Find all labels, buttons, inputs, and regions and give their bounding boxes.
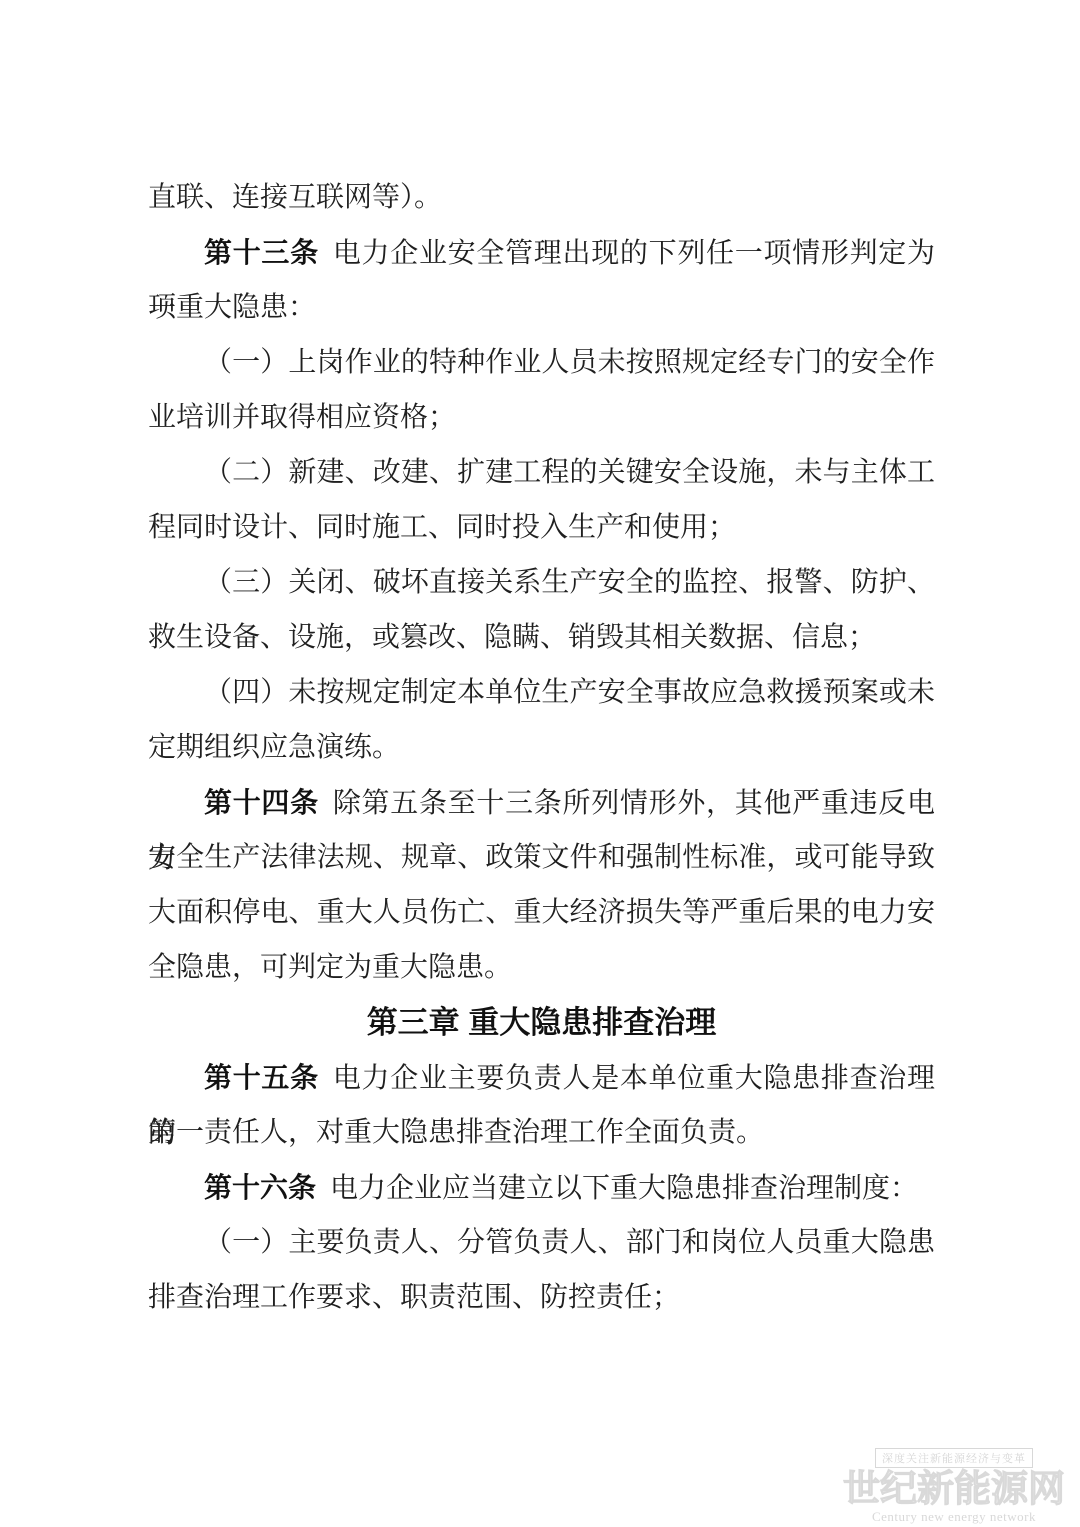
article-number: 第十五条 xyxy=(204,1062,319,1093)
document-line: （三）关闭、破坏直接关系生产安全的监控、报警、防护、 xyxy=(148,555,935,610)
document-line: 救生设备、设施，或篡改、隐瞒、销毁其相关数据、信息； xyxy=(148,610,935,665)
line-text: （一）主要负责人、分管负责人、部门和岗位人员重大隐患 xyxy=(204,1227,935,1258)
document-page: 直联、连接互联网等）。 第十三条电力企业安全管理出现的下列任一项情形判定为一 项… xyxy=(0,0,1080,1527)
line-text: 大面积停电、重大人员伤亡、重大经济损失等严重后果的电力安 xyxy=(148,897,935,928)
document-line: 定期组织应急演练。 xyxy=(148,720,935,775)
document-line: 程同时设计、同时施工、同时投入生产和使用； xyxy=(148,500,935,555)
line-text: 排查治理工作要求、职责范围、防控责任； xyxy=(148,1282,680,1313)
document-line: 安全生产法律法规、规章、政策文件和强制性标准，或可能导致 xyxy=(148,830,935,885)
document-line: （一）上岗作业的特种作业人员未按照规定经专门的安全作 xyxy=(148,335,935,390)
document-line: 排查治理工作要求、职责范围、防控责任； xyxy=(148,1270,935,1325)
document-line: 第十三条电力企业安全管理出现的下列任一项情形判定为一 xyxy=(148,225,935,280)
line-text: （四）未按规定制定本单位生产安全事故应急救援预案或未 xyxy=(204,677,935,708)
watermark-title: 世纪新能源网 xyxy=(836,1469,1072,1509)
watermark-tagline-row: 深度关注新能源经济与变革 xyxy=(836,1448,1072,1469)
line-text: 第一责任人，对重大隐患排查治理工作全面负责。 xyxy=(148,1117,764,1148)
watermark-subtitle: Century new energy network xyxy=(836,1509,1072,1525)
watermark: 深度关注新能源经济与变革 世纪新能源网 Century new energy n… xyxy=(836,1448,1072,1525)
article-number: 第十三条 xyxy=(204,237,319,268)
line-text: 安全生产法律法规、规章、政策文件和强制性标准，或可能导致 xyxy=(148,842,935,873)
line-text: 全隐患，可判定为重大隐患。 xyxy=(148,952,512,983)
line-text: 电力企业应当建立以下重大隐患排查治理制度： xyxy=(330,1173,918,1204)
document-line: 第十六条电力企业应当建立以下重大隐患排查治理制度： xyxy=(148,1160,935,1215)
line-text: 救生设备、设施，或篡改、隐瞒、销毁其相关数据、信息； xyxy=(148,622,876,653)
chapter-heading-text: 第三章 重大隐患排查治理 xyxy=(367,1005,717,1040)
article-number: 第十六条 xyxy=(204,1172,316,1203)
document-line: （四）未按规定制定本单位生产安全事故应急救援预案或未 xyxy=(148,665,935,720)
document-line: 大面积停电、重大人员伤亡、重大经济损失等严重后果的电力安 xyxy=(148,885,935,940)
line-text: 程同时设计、同时施工、同时投入生产和使用； xyxy=(148,512,736,543)
document-line: （一）主要负责人、分管负责人、部门和岗位人员重大隐患 xyxy=(148,1215,935,1270)
line-text: 直联、连接互联网等）。 xyxy=(148,182,442,213)
document-line: 第十四条除第五条至十三条所列情形外，其他严重违反电力 xyxy=(148,775,935,830)
document-line: 全隐患，可判定为重大隐患。 xyxy=(148,940,935,995)
document-body: 直联、连接互联网等）。 第十三条电力企业安全管理出现的下列任一项情形判定为一 项… xyxy=(148,170,935,1325)
line-text: （一）上岗作业的特种作业人员未按照规定经专门的安全作 xyxy=(204,347,935,378)
line-text: 业培训并取得相应资格； xyxy=(148,402,456,433)
document-line: 第十五条电力企业主要负责人是本单位重大隐患排查治理的 xyxy=(148,1050,935,1105)
watermark-tagline: 深度关注新能源经济与变革 xyxy=(875,1448,1033,1468)
line-text: 项重大隐患： xyxy=(148,292,316,323)
article-number: 第十四条 xyxy=(204,787,319,818)
document-line: （二）新建、改建、扩建工程的关键安全设施，未与主体工 xyxy=(148,445,935,500)
document-line: 第一责任人，对重大隐患排查治理工作全面负责。 xyxy=(148,1105,935,1160)
line-text: 定期组织应急演练。 xyxy=(148,732,400,763)
line-text: （三）关闭、破坏直接关系生产安全的监控、报警、防护、 xyxy=(204,567,935,598)
chapter-heading: 第三章 重大隐患排查治理 xyxy=(148,995,935,1050)
line-text: （二）新建、改建、扩建工程的关键安全设施，未与主体工 xyxy=(204,457,935,488)
document-line: 业培训并取得相应资格； xyxy=(148,390,935,445)
document-line: 项重大隐患： xyxy=(148,280,935,335)
document-line: 直联、连接互联网等）。 xyxy=(148,170,935,225)
